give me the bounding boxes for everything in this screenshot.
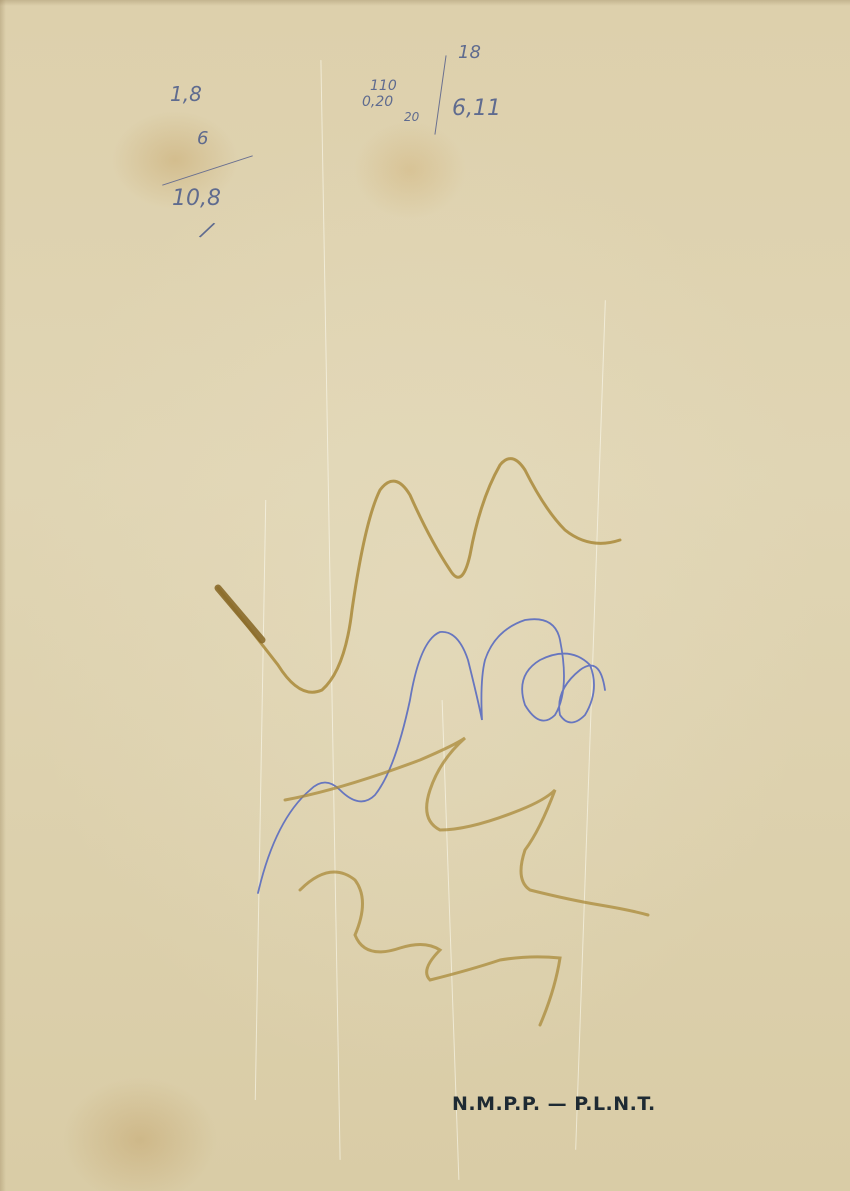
printer-imprint: N.M.P.P. — P.L.N.T. — [452, 1093, 656, 1115]
scribbles-layer — [0, 0, 850, 1191]
document-back-cover: 1,8 6 10,8 / 110 0,20 20 18 6,11 N.M.P.P… — [0, 0, 850, 1191]
brown-ink-scribble — [300, 872, 560, 1025]
brown-ink-blot — [218, 588, 262, 640]
brown-ink-scribble — [218, 459, 620, 693]
brown-ink-scribble — [285, 738, 648, 915]
